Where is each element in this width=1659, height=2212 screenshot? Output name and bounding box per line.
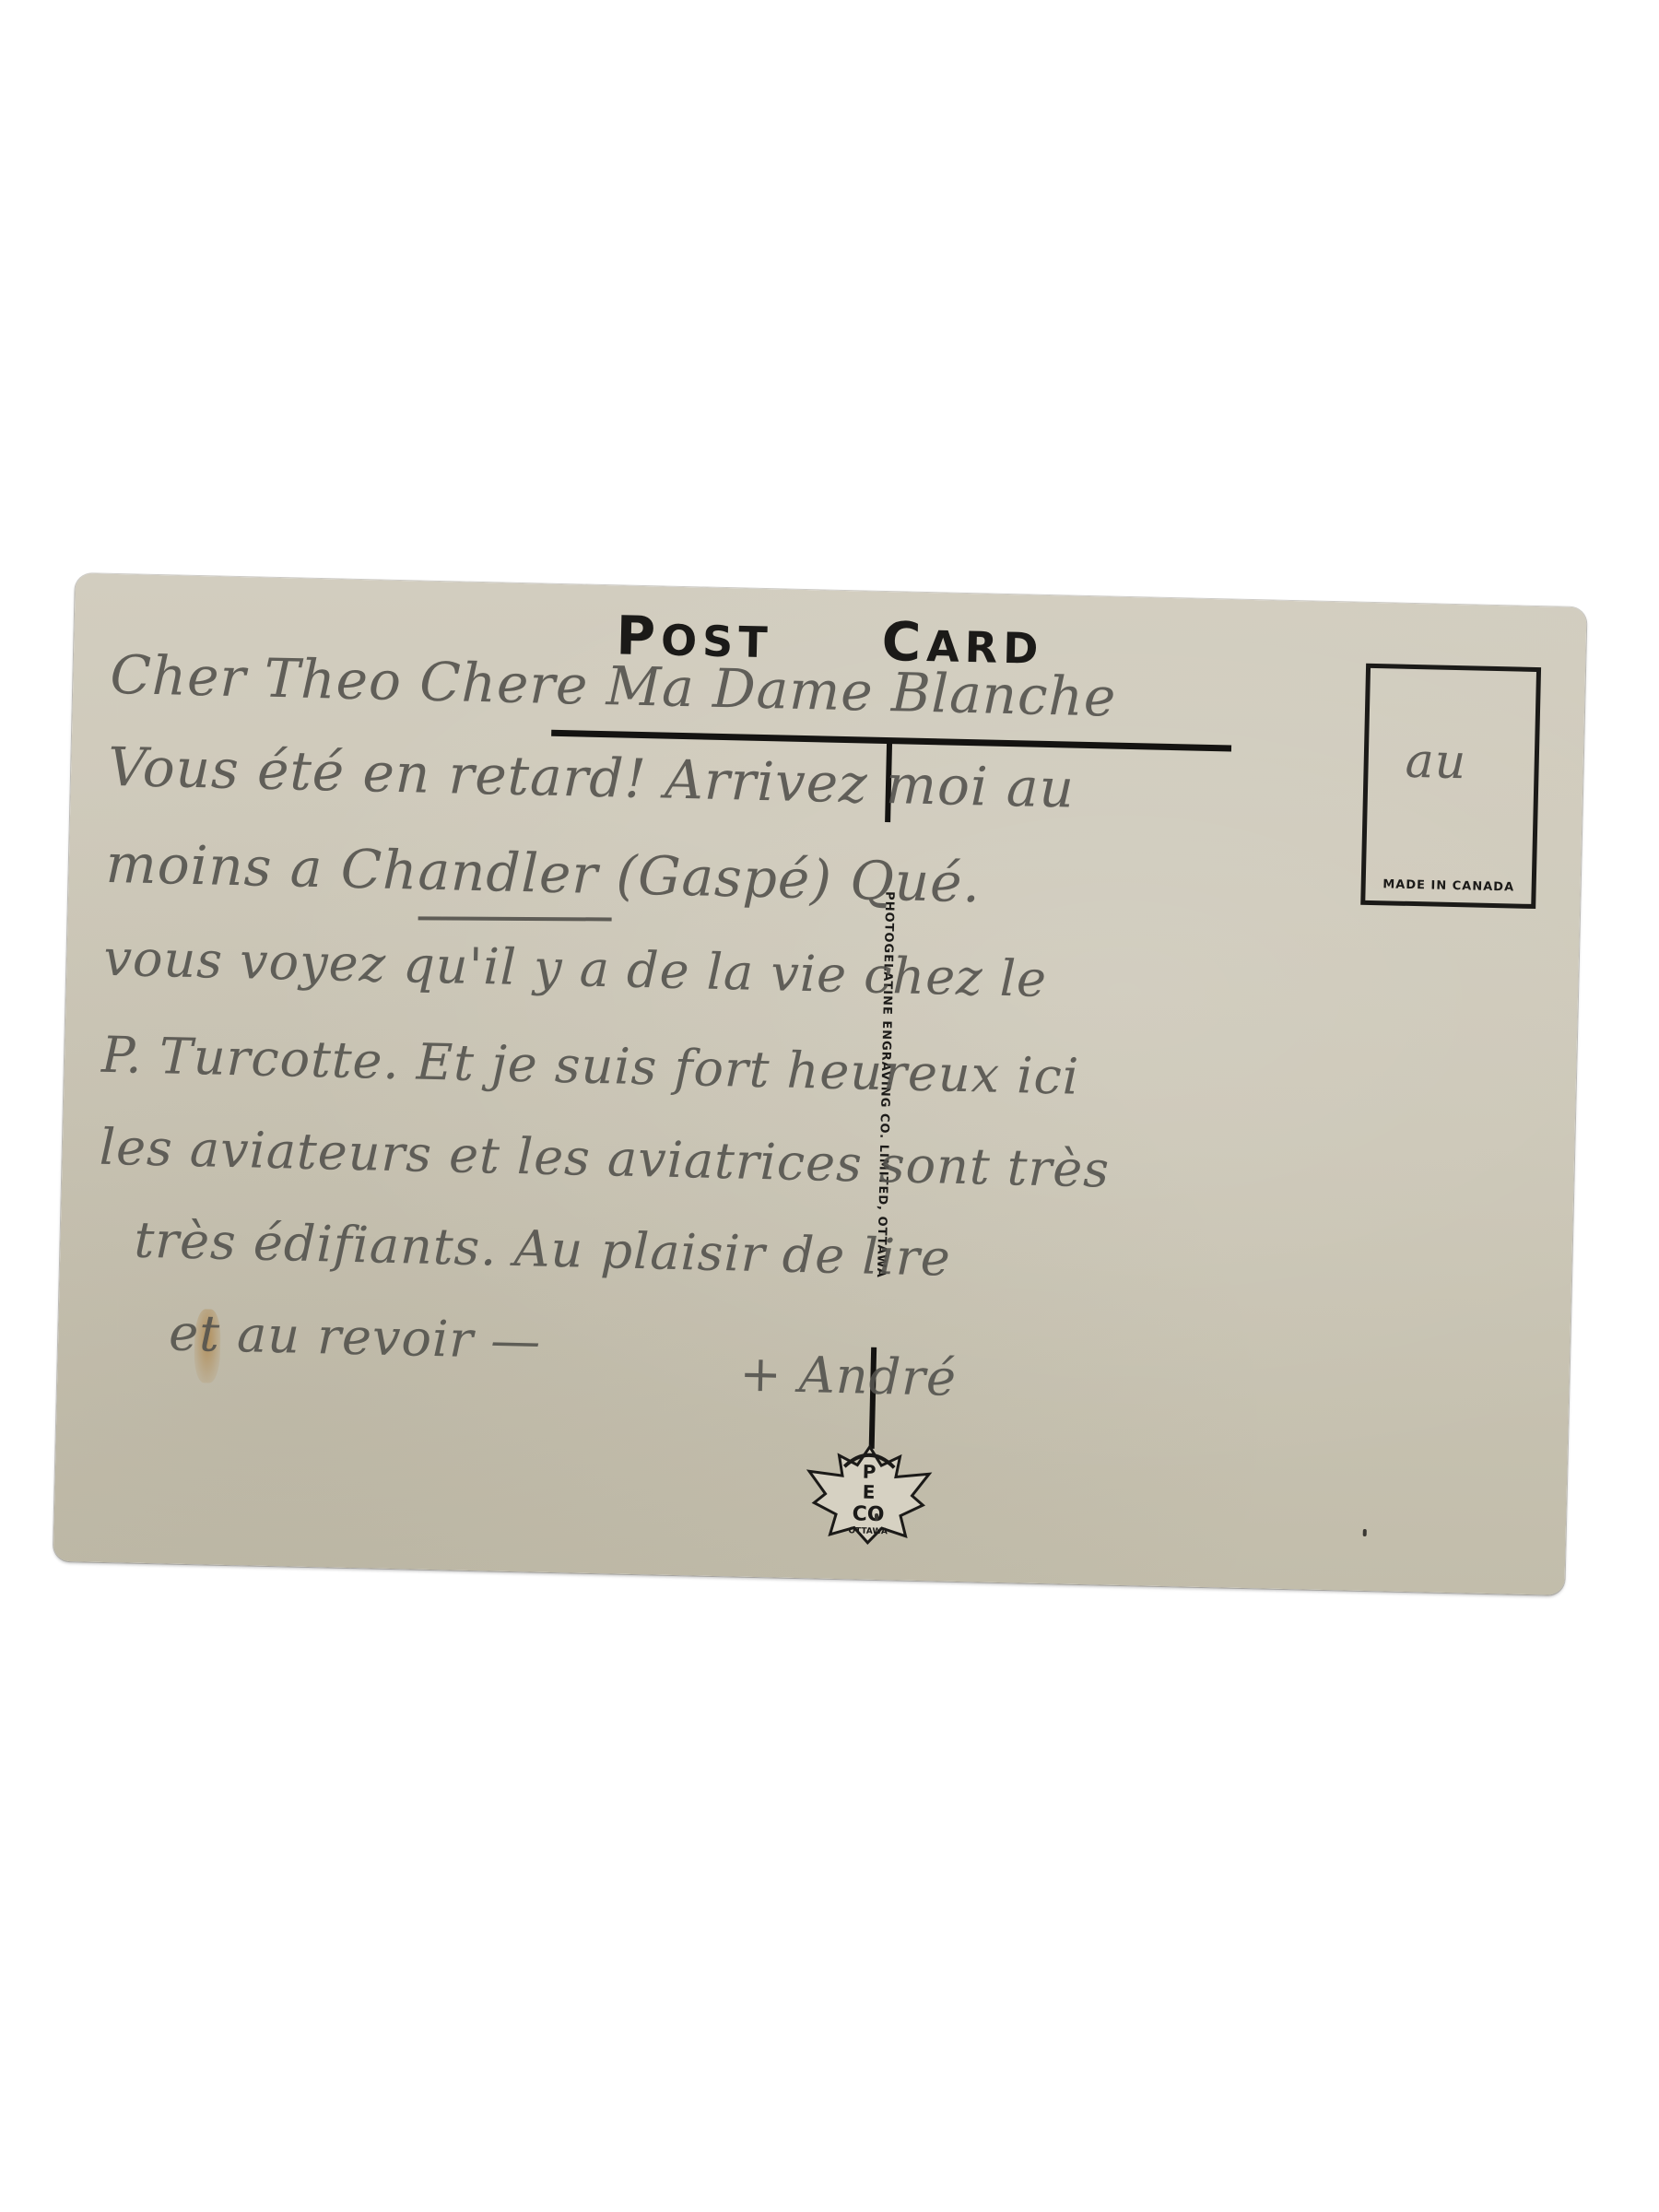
handwriting-line-7: très édifiants. Au plaisir de lire	[134, 1211, 952, 1288]
peco-maple-leaf-logo-icon: P E CO OTTAWA	[798, 1438, 939, 1551]
svg-text:OTTAWA: OTTAWA	[848, 1526, 888, 1536]
stamp-box: au MADE IN CANADA	[1360, 664, 1541, 909]
signature: + André	[739, 1345, 958, 1407]
handwriting-line-2: Vous été en retard! Arrivez moi au	[107, 735, 1075, 820]
handwriting-line-6: les aviateurs et les aviatrices sont trè…	[99, 1118, 1111, 1199]
speck-mark	[875, 1513, 878, 1521]
chandler-underline	[418, 916, 612, 921]
postcard-back: POST CARD POST CARD PHOTOGELATINE ENGRAV…	[53, 573, 1587, 1595]
stamp-box-handwriting: au	[1405, 734, 1467, 790]
photo-stage: POST CARD POST CARD PHOTOGELATINE ENGRAV…	[0, 0, 1659, 2212]
speck-mark	[1363, 1529, 1367, 1536]
svg-text:E: E	[863, 1481, 876, 1503]
svg-text:P: P	[863, 1461, 877, 1483]
handwriting-line-3: moins a Chandler (Gaspé) Qué.	[105, 832, 982, 915]
made-in-canada-label: MADE IN CANADA	[1366, 877, 1532, 895]
svg-text:CO: CO	[852, 1502, 884, 1526]
handwriting-line-5: P. Turcotte. Et je suis fort heureux ici	[100, 1026, 1079, 1106]
handwriting-line-3-text: moins a Chandler (Gaspé) Qué.	[105, 832, 982, 915]
handwriting-line-4: vous voyez qu'il y a de la vie chez le	[103, 929, 1048, 1008]
handwriting-line-8: et au revoir —	[169, 1304, 542, 1371]
